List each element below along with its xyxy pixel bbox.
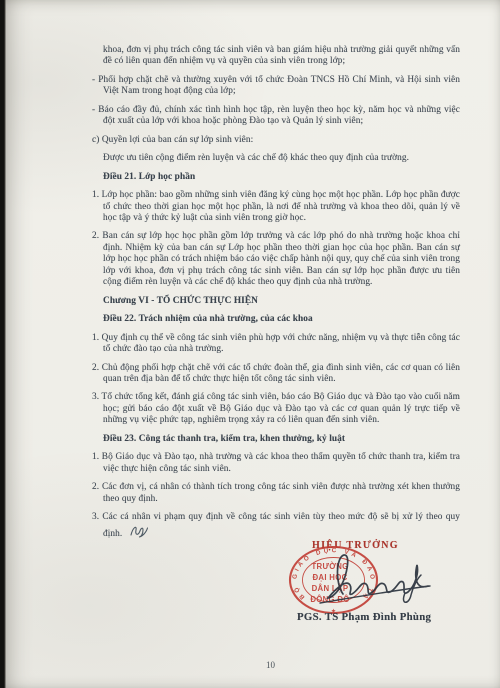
stamp-center-line: ĐẠI HỌC xyxy=(312,573,347,582)
university-seal-stamp: BỘ GIÁO DỤC VÀ ĐÀO TẠO ★ TRƯỜNG ĐẠI HỌC … xyxy=(281,545,463,637)
stamp-center-line: TRƯỜNG xyxy=(311,562,348,571)
numbered-item: 1. Quy định cụ thể về công tác sinh viên… xyxy=(103,333,460,356)
dash-list-item: - Phối hợp chặt chẽ và thường xuyên với … xyxy=(103,75,460,98)
numbered-item: 2. Các đơn vị, cá nhân có thành tích tro… xyxy=(103,482,460,505)
document-body: khoa, đơn vị phụ trách công tác sinh viê… xyxy=(0,0,500,547)
numbered-item: 3. Tổ chức tổng kết, đánh giá công tác s… xyxy=(103,392,460,426)
chapter-heading: Chương VI - TỔ CHỨC THỰC HIỆN xyxy=(103,296,460,307)
signer-name: PGS. TS Phạm Đình Phùng xyxy=(297,611,431,623)
body-paragraph: khoa, đơn vị phụ trách công tác sinh viê… xyxy=(103,45,460,68)
handwritten-initials-icon xyxy=(128,524,150,539)
stamp-center-line: DÂN LẬP xyxy=(312,584,349,593)
article-heading-23: Điều 23. Công tác thanh tra, kiểm tra, k… xyxy=(103,434,460,445)
article-heading-22: Điều 22. Trách nhiệm của nhà trường, của… xyxy=(103,314,460,325)
numbered-item: 2. Chủ động phối hợp chặt chẽ với các tổ… xyxy=(103,363,460,386)
page-number: 10 xyxy=(266,660,275,670)
article-heading-21: Điều 21. Lớp học phần xyxy=(103,172,460,183)
sub-item-c: c) Quyền lợi của ban cán sự lớp sinh viê… xyxy=(103,135,460,146)
body-paragraph: Được ưu tiên cộng điểm rèn luyện và các … xyxy=(103,153,460,164)
numbered-item: 3. Các cá nhân vi phạm quy định về công … xyxy=(103,512,460,540)
dash-list-item: - Báo cáo đầy đủ, chính xác tình hình họ… xyxy=(103,105,460,128)
numbered-item: 2. Ban cán sự lớp học học phần gồm lớp t… xyxy=(103,231,460,288)
numbered-item: 1. Lớp học phần: bao gồm những sinh viên… xyxy=(103,190,460,224)
scanned-document-page: khoa, đơn vị phụ trách công tác sinh viê… xyxy=(0,0,500,688)
numbered-item: 1. Bộ Giáo dục và Đào tạo, nhà trường và… xyxy=(103,452,460,475)
